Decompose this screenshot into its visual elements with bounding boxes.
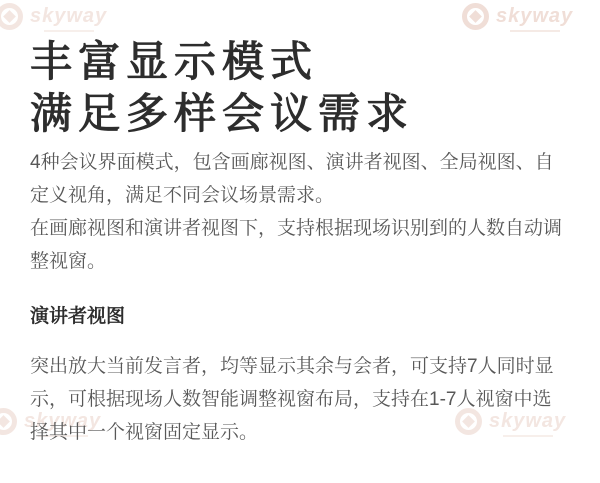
skyway-logo-icon <box>0 3 23 30</box>
section-title: 演讲者视图 <box>30 304 125 330</box>
skyway-watermark-top-left: skyway <box>0 3 107 32</box>
skyway-watermark-subtext <box>44 30 94 32</box>
section-paragraph: 突出放大当前发言者，均等显示其余与会者，可支持7人同时显 示，可根据现场人数智能… <box>30 350 554 449</box>
intro-paragraph-2-line-2: 整视窗。 <box>30 245 562 278</box>
intro-paragraph-1-line-1: 4种会议界面模式，包含画廊视图、演讲者视图、全局视图、自 <box>30 146 562 179</box>
intro-paragraphs: 4种会议界面模式，包含画廊视图、演讲者视图、全局视图、自 定义视角，满足不同会议… <box>30 146 562 278</box>
skyway-logo-icon <box>0 408 17 435</box>
section-paragraph-line-3: 择其中一个视窗固定显示。 <box>30 416 554 449</box>
intro-paragraph-2-line-1: 在画廊视图和演讲者视图下，支持根据现场识别到的人数自动调 <box>30 212 562 245</box>
intro-paragraph-1-line-2: 定义视角，满足不同会议场景需求。 <box>30 179 562 212</box>
page-title: 丰富显示模式 满足多样会议需求 <box>30 36 414 140</box>
skyway-brand-text: skyway <box>496 6 573 26</box>
page-title-line-1: 丰富显示模式 <box>30 36 414 88</box>
page-title-line-2: 满足多样会议需求 <box>30 88 414 140</box>
skyway-brand-text: skyway <box>30 6 107 26</box>
section-paragraph-line-1: 突出放大当前发言者，均等显示其余与会者，可支持7人同时显 <box>30 350 554 383</box>
skyway-watermark-top-right: skyway <box>462 3 573 32</box>
skyway-logo-icon <box>462 3 489 30</box>
section-paragraph-line-2: 示，可根据现场人数智能调整视窗布局，支持在1-7人视窗中选 <box>30 383 554 416</box>
skyway-watermark-subtext <box>510 30 560 32</box>
